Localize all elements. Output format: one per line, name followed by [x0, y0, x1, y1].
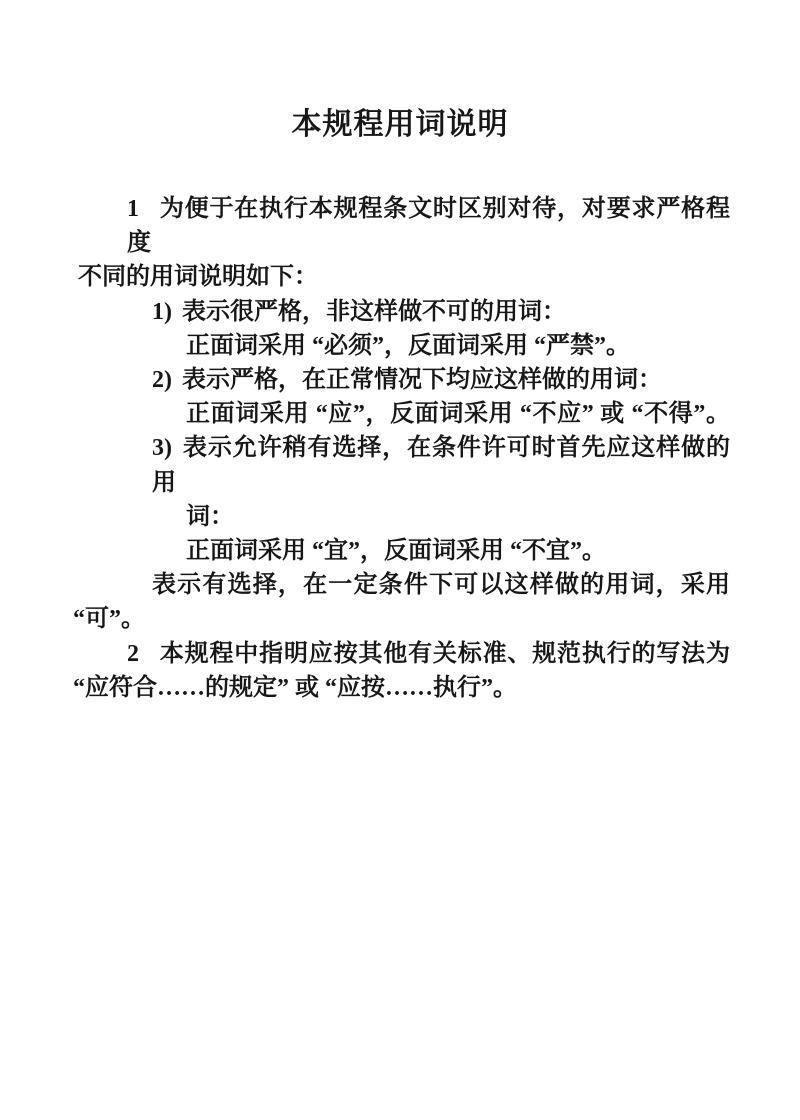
line-text: “可”。: [73, 606, 145, 632]
line-text: 正面词采用 “宜”，反面词采用 “不宜”。: [186, 538, 606, 564]
line-text: 正面词采用 “应”，反面词采用 “不应” 或 “不得”。: [186, 401, 730, 427]
text-line: 2本规程中指明应按其他有关标准、规范执行的写法为: [78, 637, 730, 671]
line-text: 表示允许稍有选择，在条件许可时首先应这样做的用: [152, 435, 730, 495]
text-line: 2)表示严格，在正常情况下均应这样做的用词：: [78, 363, 730, 397]
item-number: 3): [152, 435, 172, 461]
text-line: 3)表示允许稍有选择，在条件许可时首先应这样做的用: [78, 431, 730, 499]
line-text: 表示很严格，非这样做不可的用词：: [182, 299, 566, 325]
text-line: 不同的用词说明如下：: [78, 260, 730, 294]
item-number: 2): [152, 367, 172, 393]
clause-number: 1: [127, 196, 139, 222]
line-text: 表示严格，在正常情况下均应这样做的用词：: [182, 367, 662, 393]
text-line: 正面词采用 “应”，反面词采用 “不应” 或 “不得”。: [78, 397, 730, 431]
line-text: 本规程中指明应按其他有关标准、规范执行的写法为: [159, 641, 730, 667]
line-text: 正面词采用 “必须”，反面词采用 “严禁”。: [186, 333, 630, 359]
line-text: “应符合……的规定” 或 “应按……执行”。: [73, 675, 517, 701]
line-text: 词：: [186, 504, 234, 530]
line-text: 不同的用词说明如下：: [78, 264, 318, 290]
item-number: 1): [152, 299, 172, 325]
clause-number: 2: [127, 641, 139, 667]
line-text: 表示有选择，在一定条件下可以这样做的用词，采用: [152, 572, 730, 598]
line-text: 为便于在执行本规程条文时区别对待，对要求严格程度: [127, 196, 730, 256]
text-line: “应符合……的规定” 或 “应按……执行”。: [73, 671, 730, 705]
text-line: 词：: [78, 500, 730, 534]
document-page: 本规程用词说明 1为便于在执行本规程条文时区别对待，对要求严格程度 不同的用词说…: [0, 0, 800, 1120]
document-body: 1为便于在执行本规程条文时区别对待，对要求严格程度 不同的用词说明如下： 1)表…: [78, 192, 730, 705]
page-title: 本规程用词说明: [0, 104, 800, 146]
text-line: 正面词采用 “宜”，反面词采用 “不宜”。: [78, 534, 730, 568]
text-line: 表示有选择，在一定条件下可以这样做的用词，采用: [78, 568, 730, 602]
text-line: 1为便于在执行本规程条文时区别对待，对要求严格程度: [78, 192, 730, 260]
text-line: “可”。: [73, 602, 730, 636]
text-line: 正面词采用 “必须”，反面词采用 “严禁”。: [78, 329, 730, 363]
text-line: 1)表示很严格，非这样做不可的用词：: [78, 295, 730, 329]
